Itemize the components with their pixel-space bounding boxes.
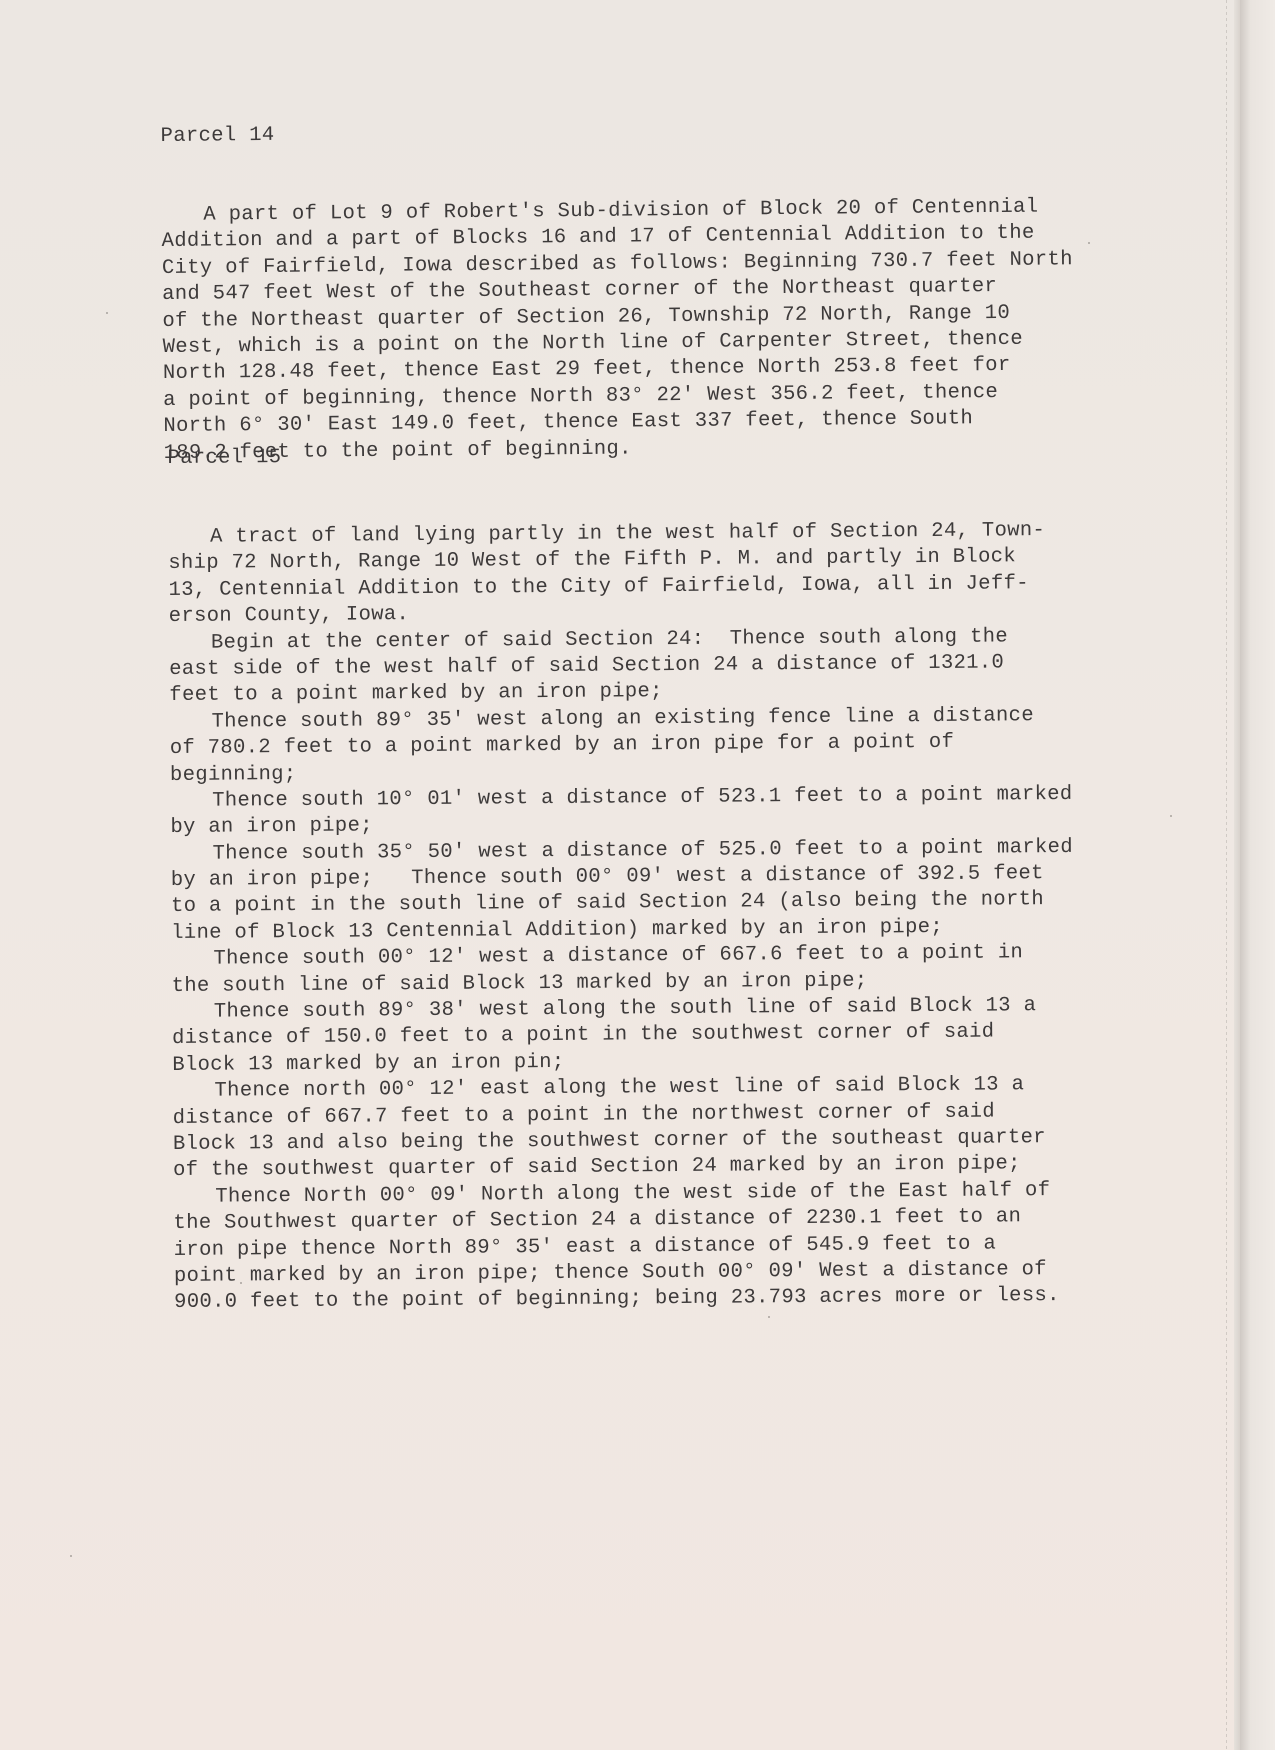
paper-speck: [70, 1555, 72, 1557]
parcel-15-section: Parcel 15 A tract of land lying partly i…: [167, 386, 1077, 1370]
scanned-page: Parcel 14 A part of Lot 9 of Robert's Su…: [0, 0, 1240, 1750]
scanner-edge-strip: [1240, 0, 1275, 1750]
paper-speck: [240, 1282, 242, 1284]
paper-speck: [1170, 815, 1172, 817]
paper-speck: [1088, 242, 1090, 244]
description-line: 900.0 feet to the point of beginning; be…: [174, 1283, 1077, 1316]
paper-speck: [106, 312, 108, 314]
parcel-14-heading: Parcel 14: [161, 115, 1072, 150]
page-fold-line: [1226, 0, 1227, 1750]
parcel-15-heading: Parcel 15: [167, 439, 1070, 472]
paper-speck: [768, 1316, 770, 1318]
parcel-15-body: A tract of land lying partly in the west…: [168, 518, 1077, 1317]
